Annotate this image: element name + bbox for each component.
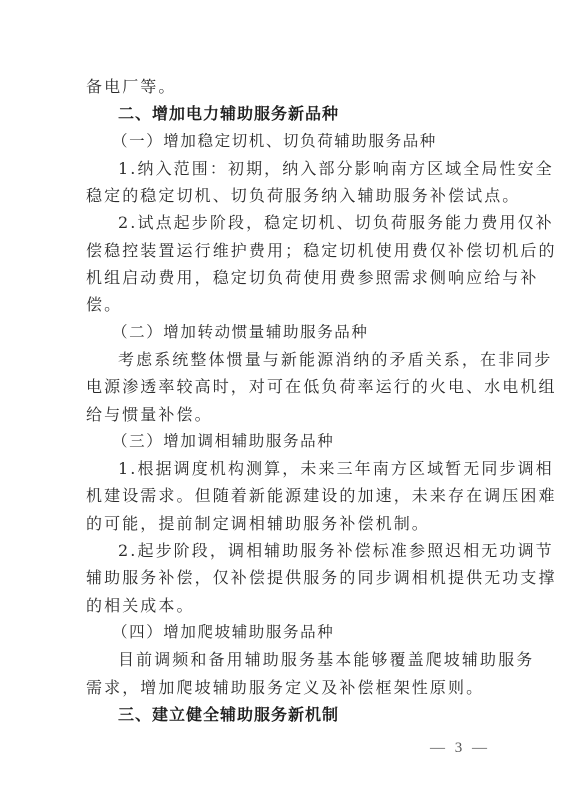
text-line: 2.起步阶段，调相辅助服务补偿标准参照迟相无功调节 — [86, 537, 480, 564]
section-heading-3: 三、建立健全辅助服务新机制 — [86, 701, 480, 728]
continuation-text: 备电厂等。 — [86, 73, 480, 100]
text-line: 1.纳入范围：初期，纳入部分影响南方区域全局性安全 — [86, 155, 480, 182]
subsection-heading-2: （二）增加转动惯量辅助服务品种 — [86, 319, 480, 346]
text-line: 辅助服务补偿，仅补偿提供服务的同步调相机提供无功支撑 — [86, 564, 480, 591]
section-heading-2: 二、增加电力辅助服务新品种 — [86, 100, 480, 127]
text-line: 考虑系统整体惯量与新能源消纳的矛盾关系，在非同步 — [86, 346, 480, 373]
text-line: 偿。 — [86, 291, 480, 318]
paragraph-sub4-ramp: 目前调频和备用辅助服务基本能够覆盖爬坡辅助服务 需求，增加爬坡辅助服务定义及补偿… — [86, 646, 480, 701]
paragraph-sub3-calc: 1.根据调度机构测算，未来三年南方区域暂无同步调相 机建设需求。但随着新能源建设… — [86, 455, 480, 537]
text-line: 稳定的稳定切机、切负荷服务纳入辅助服务补偿试点。 — [86, 182, 480, 209]
document-page: 备电厂等。 二、增加电力辅助服务新品种 （一）增加稳定切机、切负荷辅助服务品种 … — [86, 73, 480, 728]
text-line: 机建设需求。但随着新能源建设的加速，未来存在调压困难 — [86, 482, 480, 509]
text-line: 2.试点起步阶段，稳定切机、切负荷服务能力费用仅补 — [86, 209, 480, 236]
subsection-heading-3: （三）增加调相辅助服务品种 — [86, 428, 480, 455]
text-line: 目前调频和备用辅助服务基本能够覆盖爬坡辅助服务 — [86, 646, 480, 673]
page-number: — 3 — — [430, 740, 490, 757]
text-line: 给与惯量补偿。 — [86, 401, 480, 428]
paragraph-sub3-start: 2.起步阶段，调相辅助服务补偿标准参照迟相无功调节 辅助服务补偿，仅补偿提供服务… — [86, 537, 480, 619]
paragraph-sub1-scope: 1.纳入范围：初期，纳入部分影响南方区域全局性安全 稳定的稳定切机、切负荷服务纳… — [86, 155, 480, 210]
text-line: 需求，增加爬坡辅助服务定义及补偿框架性原则。 — [86, 674, 480, 701]
text-line: 的可能，提前制定调相辅助服务补偿机制。 — [86, 510, 480, 537]
paragraph-sub2-inertia: 考虑系统整体惯量与新能源消纳的矛盾关系，在非同步 电源渗透率较高时，对可在低负荷… — [86, 346, 480, 428]
text-line: 电源渗透率较高时，对可在低负荷率运行的火电、水电机组 — [86, 373, 480, 400]
subsection-heading-4: （四）增加爬坡辅助服务品种 — [86, 619, 480, 646]
subsection-heading-1: （一）增加稳定切机、切负荷辅助服务品种 — [86, 128, 480, 155]
text-line: 机组启动费用，稳定切负荷使用费参照需求侧响应给与补 — [86, 264, 480, 291]
paragraph-sub1-pilot: 2.试点起步阶段，稳定切机、切负荷服务能力费用仅补 偿稳控装置运行维护费用；稳定… — [86, 209, 480, 318]
text-line: 的相关成本。 — [86, 592, 480, 619]
text-line: 1.根据调度机构测算，未来三年南方区域暂无同步调相 — [86, 455, 480, 482]
text-line: 偿稳控装置运行维护费用；稳定切机使用费仅补偿切机后的 — [86, 237, 480, 264]
